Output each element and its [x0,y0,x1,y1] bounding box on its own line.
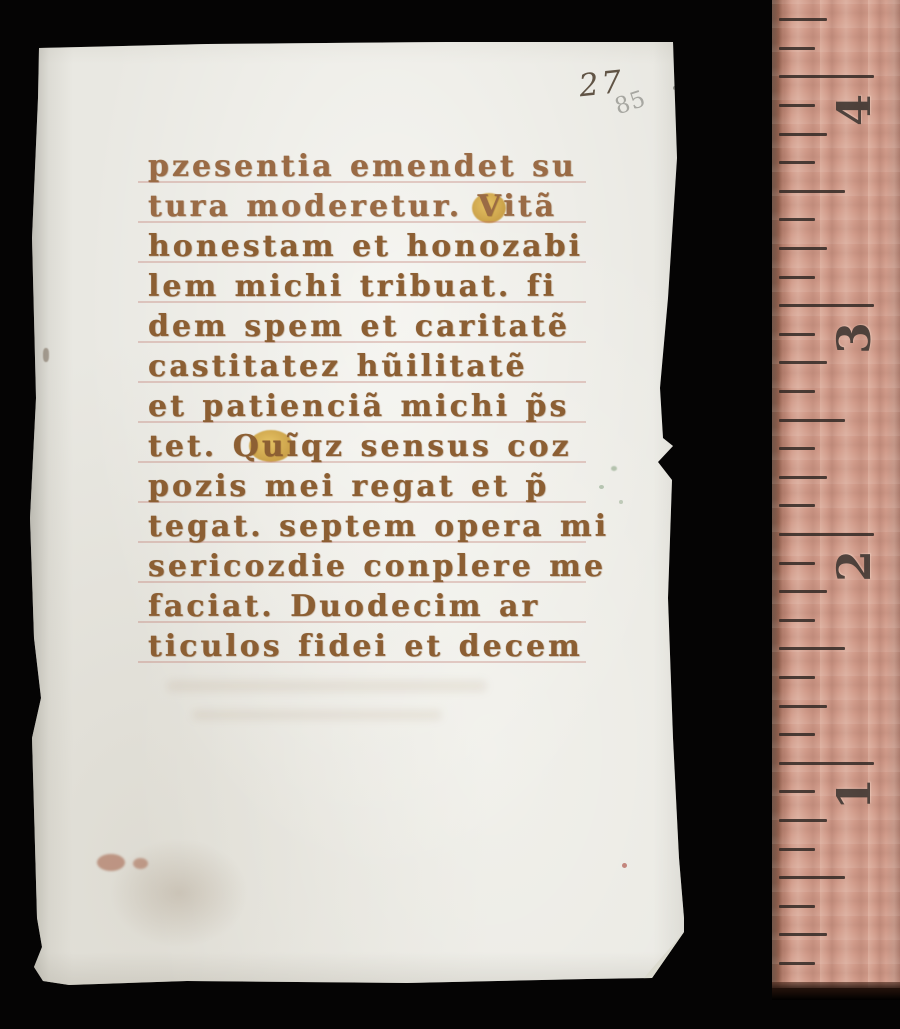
ruler-tick [779,590,827,593]
manuscript-text-line: ticulos fidei et decem [148,628,583,666]
ruler-tick [779,733,815,736]
ruler-tick [779,476,827,479]
folded-corner [643,932,685,979]
ruler-tick [779,47,815,50]
ruler-tick [779,161,815,164]
vellum-stain-green [599,485,604,489]
manuscript-text-line: tet. Quĩqz sensus coz [148,428,572,466]
ruler-tick [779,647,845,650]
ruler-tick [779,848,815,851]
ruler-tick [779,361,827,364]
ruler-tick [779,419,845,422]
ruler-tick [779,562,815,565]
ruler-inch-number: 3 [824,308,884,368]
manuscript-text-line: et patienciã michi p̃s [148,388,569,426]
vellum-stain-green [619,500,623,504]
ruler-tick [779,133,827,136]
ruler-tick [779,247,827,250]
vellum-stain [97,854,125,871]
ruler-tick [779,304,874,307]
manuscript-text-line: lem michi tribuat. fi [148,268,557,306]
manuscript-text-line: honestam et honozabi [148,228,583,266]
photo-background: 27 85 pzesentia emendet sutura moderetur… [0,0,900,1029]
ruler-tick [779,876,845,879]
ruler-tick [779,276,815,279]
ruler-tick [779,819,827,822]
ruler-inch-number: 1 [824,764,884,824]
ruler-tick [779,790,815,793]
manuscript-text-block: pzesentia emendet sutura moderetur. Vitã… [148,148,618,688]
ruler-tick [779,447,815,450]
manuscript-text-line: tegat. septem opera mi [148,508,609,546]
vellum-stain-green [611,466,617,471]
vellum-stain-red [622,863,627,868]
manuscript-text-line: faciat. Duodecim ar [148,588,540,626]
ruler-tick [779,619,815,622]
manuscript-text-line: dem spem et caritatẽ [148,308,570,346]
ruler-inch-number: 2 [824,536,884,596]
binding-edge-mark [43,348,49,362]
ruler-tick [779,190,845,193]
ruler-inch-number: 4 [824,80,884,140]
ruler-tick [779,504,815,507]
manuscript-text-line: castitatez hũilitatẽ [148,348,528,386]
ruler-end-shadow [772,982,900,1000]
vellum-stain [133,858,148,869]
ruler-tick [779,18,827,21]
show-through-smudge [167,680,487,692]
ruler-tick [779,104,815,107]
manuscript-text-line: pozis mei regat et p̃ [148,468,549,506]
folio-pencil-dot [673,86,677,90]
ruler: 4321 [772,0,900,1029]
show-through-smudge [192,710,442,720]
ruler-tick [779,75,874,78]
ruler-tick [779,705,827,708]
ruler-tick [779,933,827,936]
ruler-tick [779,676,815,679]
vellum-stain-halo [109,838,249,948]
ruler-tick [779,962,815,965]
manuscript-text-line: tura moderetur. Vitã [148,188,557,226]
ruler-tick [779,333,815,336]
manuscript-text-line: sericozdie conplere me [148,548,606,586]
ruler-tick [779,218,815,221]
ruler-wood-face [772,0,900,988]
ruler-tick [779,905,815,908]
manuscript-leaf: 27 85 pzesentia emendet sutura moderetur… [27,38,687,988]
manuscript-text-line: pzesentia emendet su [148,148,577,186]
ruler-tick [779,390,815,393]
